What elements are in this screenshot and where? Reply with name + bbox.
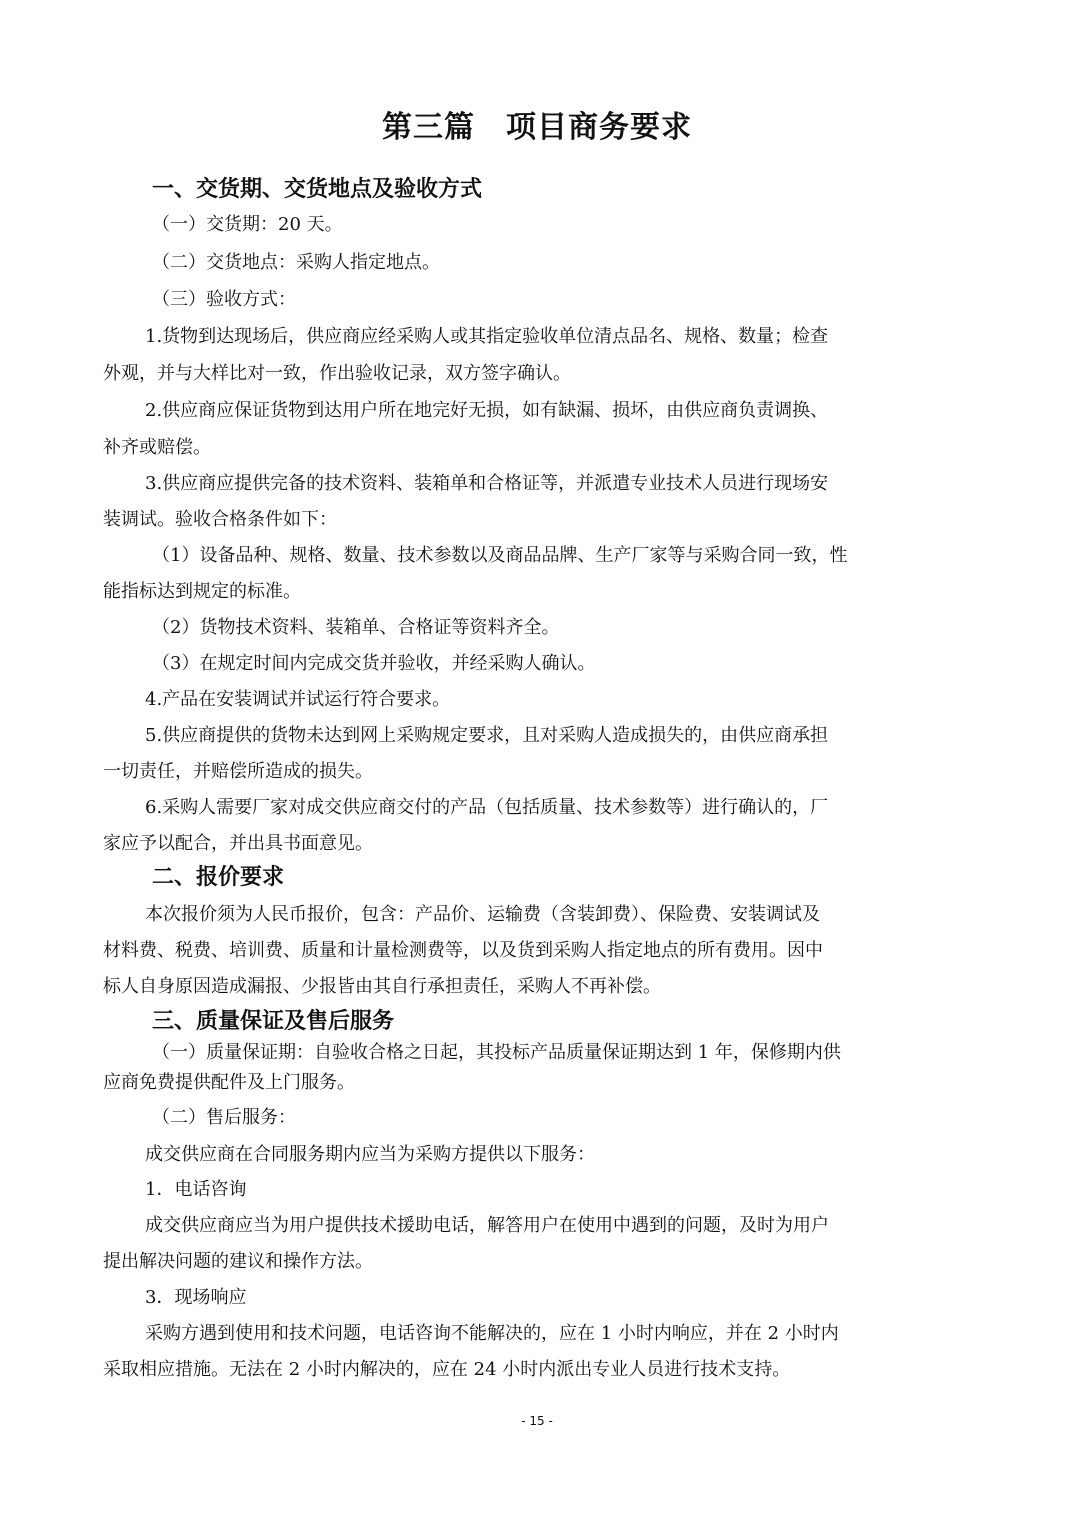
paragraph-line: 提出解决问题的建议和操作方法。 [103, 1247, 373, 1273]
document-page: 第三篇 项目商务要求 一、交货期、交货地点及验收方式 （一）交货期：20 天。 … [0, 0, 1074, 1520]
paragraph-line: 本次报价须为人民币报价，包含：产品价、运输费（含装卸费）、保险费、安装调试及 [145, 900, 820, 926]
paragraph-line: （2）货物技术资料、装箱单、合格证等资料齐全。 [152, 613, 559, 639]
paragraph-line: 采购方遇到使用和技术问题，电话咨询不能解决的，应在 1 小时内响应，并在 2 小… [145, 1319, 839, 1345]
paragraph-line: （3）在规定时间内完成交货并验收，并经采购人确认。 [152, 649, 595, 675]
paragraph-line: 一切责任，并赔偿所造成的损失。 [103, 757, 373, 783]
paragraph-line: 外观，并与大样比对一致，作出验收记录，双方签字确认。 [103, 359, 571, 385]
paragraph-line: 成交供应商在合同服务期内应当为采购方提供以下服务： [145, 1140, 595, 1166]
paragraph-line: （三）验收方式： [152, 285, 296, 311]
paragraph-line: （一）质量保证期：自验收合格之日起，其投标产品质量保证期达到 1 年，保修期内供 [152, 1038, 841, 1064]
page-title: 第三篇 项目商务要求 [0, 102, 1074, 146]
paragraph-line: 装调试。验收合格条件如下： [103, 505, 337, 531]
paragraph-line: 3．现场响应 [145, 1283, 246, 1309]
paragraph-line: 5.供应商提供的货物未达到网上采购规定要求，且对采购人造成损失的，由供应商承担 [145, 721, 828, 747]
paragraph-line: 2.供应商应保证货物到达用户所在地完好无损，如有缺漏、损坏，由供应商负责调换、 [145, 396, 828, 422]
paragraph-line: 标人自身原因造成漏报、少报皆由其自行承担责任，采购人不再补偿。 [103, 972, 661, 998]
paragraph-line: 1．电话咨询 [145, 1175, 246, 1201]
paragraph-line: 家应予以配合，并出具书面意见。 [103, 829, 373, 855]
paragraph-line: 6.采购人需要厂家对成交供应商交付的产品（包括质量、技术参数等）进行确认的，厂 [145, 793, 828, 819]
paragraph-line: 补齐或赔偿。 [103, 433, 211, 459]
paragraph-line: （二）交货地点：采购人指定地点。 [152, 248, 440, 274]
paragraph-line: （一）交货期：20 天。 [152, 210, 343, 236]
paragraph-line: 采取相应措施。无法在 2 小时内解决的，应在 24 小时内派出专业人员进行技术支… [103, 1355, 790, 1381]
paragraph-line: 材料费、税费、培训费、质量和计量检测费等，以及货到采购人指定地点的所有费用。因中 [103, 936, 823, 962]
paragraph-line: （1）设备品种、规格、数量、技术参数以及商品品牌、生产厂家等与采购合同一致，性 [152, 541, 847, 567]
paragraph-line: 成交供应商应当为用户提供技术援助电话，解答用户在使用中遇到的问题，及时为用户 [145, 1211, 829, 1237]
paragraph-line: 1.货物到达现场后，供应商应经采购人或其指定验收单位清点品名、规格、数量；检查 [145, 322, 828, 348]
paragraph-line: 3.供应商应提供完备的技术资料、装箱单和合格证等，并派遣专业技术人员进行现场安 [145, 469, 828, 495]
page-number: - 15 - [0, 1414, 1074, 1428]
paragraph-line: （二）售后服务： [152, 1103, 296, 1129]
paragraph-line: 4.产品在安装调试并试运行符合要求。 [145, 685, 450, 711]
section-heading-1: 一、交货期、交货地点及验收方式 [152, 172, 482, 203]
paragraph-line: 应商免费提供配件及上门服务。 [103, 1068, 355, 1094]
section-heading-3: 三、质量保证及售后服务 [152, 1004, 394, 1035]
paragraph-line: 能指标达到规定的标准。 [103, 577, 301, 603]
section-heading-2: 二、报价要求 [152, 860, 284, 891]
